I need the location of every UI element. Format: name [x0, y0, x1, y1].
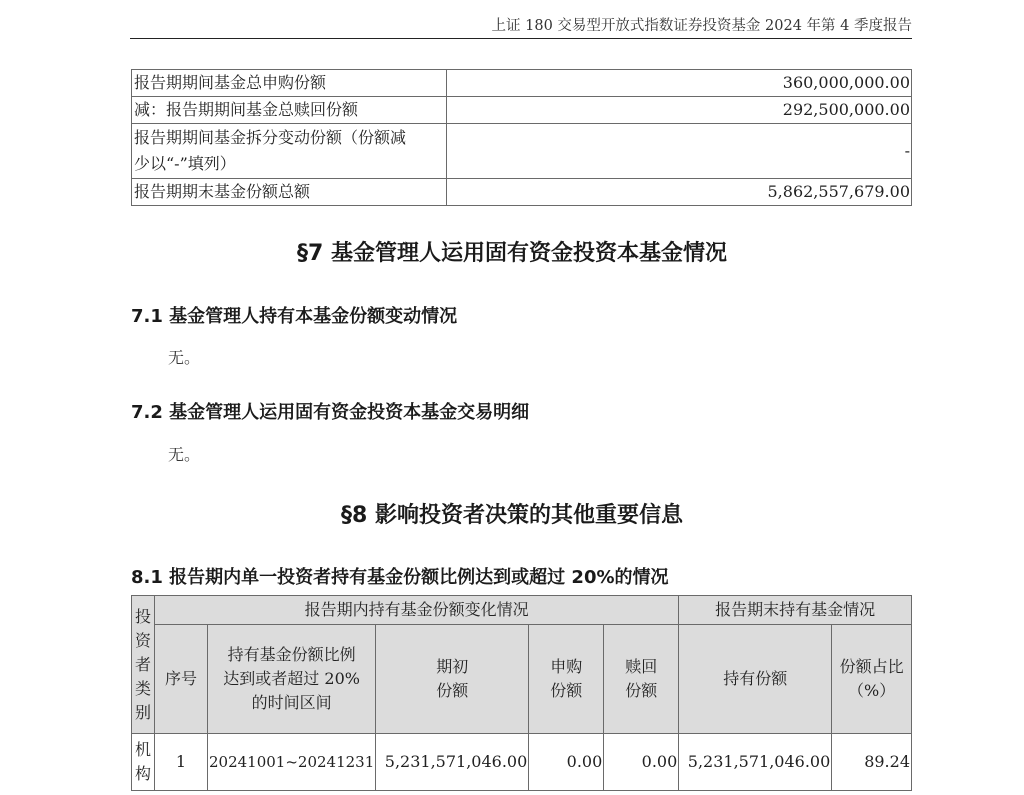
row-label: 报告期期间基金拆分变动份额（份额减 少以“-”填列） [132, 124, 447, 179]
header-period: 持有基金份额比例 达到或者超过 20% 的时间区间 [208, 625, 376, 734]
header-line: 达到或者超过 20% [209, 667, 374, 691]
char: 别 [132, 701, 154, 725]
header-line: 持有基金份额比例 [209, 643, 374, 667]
header-initial: 期初 份额 [376, 625, 529, 734]
row-label: 报告期期间基金总申购份额 [132, 70, 447, 97]
header-group-end: 报告期末持有基金情况 [679, 596, 912, 625]
cell-redemption: 0.00 [604, 734, 679, 791]
page-header: 上证 180 交易型开放式指数证券投资基金 2024 年第 4 季度报告 [130, 14, 912, 39]
header-line: 份额 [377, 679, 527, 703]
header-row-columns: 序号 持有基金份额比例 达到或者超过 20% 的时间区间 期初 份额 申购 份额… [132, 625, 912, 734]
table-row: 报告期期间基金总申购份额 360,000,000.00 [132, 70, 912, 97]
cell-seq: 1 [155, 734, 208, 791]
row-value: 360,000,000.00 [447, 70, 912, 97]
section71-title: 7.1 基金管理人持有本基金份额变动情况 [131, 302, 457, 328]
table-row: 机 构 1 20241001~20241231 5,231,571,046.00… [132, 734, 912, 791]
header-investor-type: 投 资 者 类 别 [132, 596, 155, 734]
section71-body: 无。 [168, 345, 200, 368]
cell-ratio: 89.24 [832, 734, 912, 791]
section72-body: 无。 [168, 442, 200, 465]
header-ratio: 份额占比 （%） [832, 625, 912, 734]
row-value: 5,862,557,679.00 [447, 179, 912, 206]
cell-investor-type: 机 构 [132, 734, 155, 791]
header-redemption: 赎回 份额 [604, 625, 679, 734]
char: 资 [132, 629, 154, 653]
header-subscription: 申购 份额 [529, 625, 604, 734]
table-row: 报告期期末基金份额总额 5,862,557,679.00 [132, 179, 912, 206]
char: 构 [132, 762, 154, 786]
row-label-line2: 少以“-”填列） [134, 151, 445, 177]
header-line: 份额 [605, 679, 677, 703]
header-line: 份额 [530, 679, 602, 703]
investor-table: 投 资 者 类 别 报告期内持有基金份额变化情况 报告期末持有基金情况 序号 持… [131, 595, 912, 791]
table-row: 减：报告期期间基金总赎回份额 292,500,000.00 [132, 97, 912, 124]
table-row: 报告期期间基金拆分变动份额（份额减 少以“-”填列） - [132, 124, 912, 179]
char: 投 [132, 605, 154, 629]
section72-title: 7.2 基金管理人运用固有资金投资本基金交易明细 [131, 398, 529, 424]
cell-period: 20241001~20241231 [208, 734, 376, 791]
cell-subscription: 0.00 [529, 734, 604, 791]
row-value: - [447, 124, 912, 179]
row-label: 减：报告期期间基金总赎回份额 [132, 97, 447, 124]
header-line: 赎回 [605, 655, 677, 679]
row-value: 292,500,000.00 [447, 97, 912, 124]
row-label: 报告期期末基金份额总额 [132, 179, 447, 206]
header-group-during: 报告期内持有基金份额变化情况 [155, 596, 679, 625]
header-line: 份额占比 [833, 655, 910, 679]
row-label-line1: 报告期期间基金拆分变动份额（份额减 [134, 125, 445, 151]
report-title: 上证 180 交易型开放式指数证券投资基金 2024 年第 4 季度报告 [492, 18, 912, 34]
header-line: 的时间区间 [209, 691, 374, 715]
section7-title: §7 基金管理人运用固有资金投资本基金情况 [0, 236, 1024, 267]
cell-held: 5,231,571,046.00 [679, 734, 832, 791]
section8-title: §8 影响投资者决策的其他重要信息 [0, 498, 1024, 529]
char: 机 [132, 738, 154, 762]
header-held: 持有份额 [679, 625, 832, 734]
header-line: 期初 [377, 655, 527, 679]
header-row-group: 投 资 者 类 别 报告期内持有基金份额变化情况 报告期末持有基金情况 [132, 596, 912, 625]
header-line: 申购 [530, 655, 602, 679]
header-seq: 序号 [155, 625, 208, 734]
section81-title: 8.1 报告期内单一投资者持有基金份额比例达到或超过 20%的情况 [131, 563, 669, 589]
char: 者 [132, 653, 154, 677]
char: 类 [132, 677, 154, 701]
share-change-table: 报告期期间基金总申购份额 360,000,000.00 减：报告期期间基金总赎回… [131, 69, 912, 206]
cell-initial: 5,231,571,046.00 [376, 734, 529, 791]
header-line: （%） [833, 679, 910, 703]
